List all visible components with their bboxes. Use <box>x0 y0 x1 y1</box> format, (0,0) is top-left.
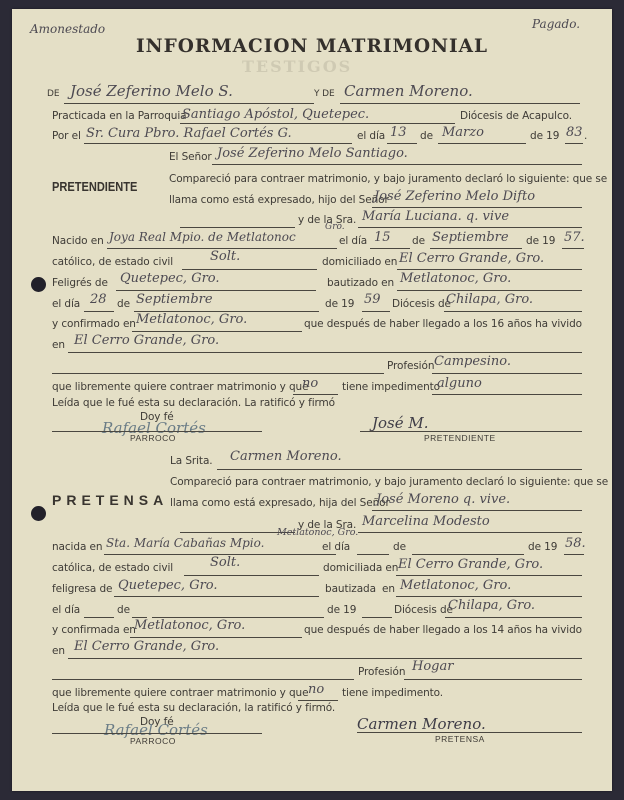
bride-name: Carmen Moreno. <box>344 82 473 100</box>
parroco-caption-2: PARROCO <box>130 736 176 746</box>
por-el-label: Por el <box>52 130 81 142</box>
leida-text-2: Leída que le fué esta su declaración, la… <box>52 702 335 714</box>
groom-profesion: Campesino. <box>434 354 511 369</box>
en-label: en <box>52 339 65 351</box>
groom-birthplace-note: Gro. <box>325 222 345 232</box>
groom-father: José Zeferino Melo Difto <box>374 189 535 204</box>
bap-de-label: de <box>117 298 130 310</box>
de-19-label: de 19 <box>528 541 557 553</box>
groom-impedimento: alguno <box>437 376 482 391</box>
groom-name: José Zeferino Melo S. <box>70 82 233 100</box>
day-value: 13 <box>390 125 407 140</box>
marriage-information-form: TESTIGOS Amonestado Pagado. INFORMACION … <box>12 9 612 791</box>
profesion-label: Profesión <box>387 360 434 372</box>
bride-mother: Marcelina Modesto <box>362 514 490 529</box>
el-senor-label: El Señor <box>169 151 212 163</box>
section-pretendiente: PRETENDIENTE <box>52 179 137 194</box>
bautizado-label: bautizado en <box>327 277 394 289</box>
bap-de-19-label-2: de 19 <box>327 604 356 616</box>
bautizada-label: bautizada <box>325 583 376 595</box>
libremente-text: que libremente quiere contraer matrimoni… <box>52 381 308 393</box>
parroquia-value: Santiago Apóstol, Quetepec. <box>182 107 369 122</box>
despues-text: que después de haber llegado a los 16 añ… <box>304 318 582 330</box>
comparecio-text-2: Compareció para contraer matrimonio, y b… <box>170 476 608 488</box>
groom-full-name: José Zeferino Melo Santiago. <box>217 146 408 161</box>
bride-birthplace-note: Metlatonoc, Gro. <box>277 527 358 538</box>
groom-birth-month: Septiembre <box>432 230 509 245</box>
libremente-text-2: que libremente quiere contraer matrimoni… <box>52 687 308 699</box>
nacida-label: nacida en <box>52 541 102 553</box>
bride-birth-year: 58. <box>565 536 586 551</box>
groom-domicilio: El Cerro Grande, Gro. <box>399 251 544 266</box>
de-19-label: de 19 <box>526 235 555 247</box>
page-title: INFORMACION MATRIMONIAL <box>12 36 612 57</box>
profesion-label-2: Profesión <box>358 666 405 678</box>
bride-confirmada: Metlatonoc, Gro. <box>134 618 245 633</box>
bride-father: José Moreno q. vive. <box>376 492 510 507</box>
domiciliada-label: domiciliada en <box>323 562 398 574</box>
year-period: . <box>584 130 587 142</box>
bride-domicilio: El Cerro Grande, Gro. <box>398 557 543 572</box>
estado-label: católico, de estado civil <box>52 256 173 268</box>
el-dia-label: el día <box>322 541 350 553</box>
note-pagado: Pagado. <box>532 17 580 31</box>
el-dia-label: el día <box>339 235 367 247</box>
groom-no: no <box>302 376 318 391</box>
binder-hole-bottom <box>31 506 46 521</box>
diocesis-label: Diócesis de <box>392 298 451 310</box>
feligres-label: Feligrés de <box>52 277 108 289</box>
confirmado-label: y confirmado en <box>52 318 136 330</box>
groom-vivido-en: El Cerro Grande, Gro. <box>74 333 219 348</box>
de-label: de <box>412 235 425 247</box>
bride-estado: Solt. <box>210 555 240 570</box>
de-label-2: de <box>420 130 433 142</box>
y-de-label: Y DE <box>314 89 335 99</box>
binder-hole-top <box>31 277 46 292</box>
groom-feligres: Quetepec, Gro. <box>120 271 220 286</box>
estado-label-2: católica, de estado civil <box>52 562 173 574</box>
groom-bap-day: 28 <box>90 292 107 307</box>
feligresa-label: feligresa de <box>52 583 112 595</box>
leida-text: Leída que le fué esta su declaración. La… <box>52 397 335 409</box>
bride-full-name: Carmen Moreno. <box>230 449 342 464</box>
groom-birthplace: Joya Real Mpio. de Metlatonoc <box>109 230 296 244</box>
groom-bap-year: 59 <box>364 292 381 307</box>
bap-dia-label: el día <box>52 298 80 310</box>
pretendiente-caption: PRETENDIENTE <box>424 433 496 443</box>
bap-de-label-2: de <box>117 604 130 616</box>
month-value: Marzo <box>442 125 484 140</box>
de-label: DE <box>47 89 59 99</box>
confirmada-label: y confirmada en <box>52 624 136 636</box>
el-dia-label: el día <box>357 130 385 142</box>
bleed-through-text: TESTIGOS <box>242 57 352 76</box>
bride-vivido-en: El Cerro Grande, Gro. <box>74 639 219 654</box>
hija-label: llama como está expresado, hija del Seño… <box>170 497 390 509</box>
bride-feligresa: Quetepec, Gro. <box>118 578 218 593</box>
bride-diocesis: Chilapa, Gro. <box>448 598 535 613</box>
despues-text-2: que después de haber llegado a los 14 añ… <box>304 624 582 636</box>
bap-dia-label-2: el día <box>52 604 80 616</box>
groom-birth-year: 57. <box>564 230 585 245</box>
srita-label: La Srita. <box>170 455 213 467</box>
bride-profesion: Hogar <box>412 659 453 674</box>
groom-birth-day: 15 <box>374 230 391 245</box>
en-label-b: en <box>382 583 395 595</box>
groom-confirmado: Metlatonoc, Gro. <box>136 312 247 327</box>
year-value: 83 <box>566 125 583 140</box>
parroquia-label: Practicada en la Parroquia <box>52 110 187 122</box>
pretensa-caption: PRETENSA <box>435 734 485 744</box>
groom-bap-month: Septiembre <box>136 292 213 307</box>
impedimento-label-2: tiene impedimento. <box>342 687 443 699</box>
impedimento-label: tiene impedimento <box>342 381 440 393</box>
groom-mother: María Luciana. q. vive <box>362 209 509 224</box>
hijo-label: llama como está expresado, hijo del Seño… <box>169 194 389 206</box>
signature-pretendiente: José M. <box>372 414 429 432</box>
section-pretensa: PRETENSA <box>52 492 168 508</box>
de-19-label: de 19 <box>530 130 559 142</box>
note-amonestado: Amonestado <box>30 22 105 36</box>
comparecio-text: Compareció para contraer matrimonio, y b… <box>169 173 607 185</box>
bride-bautizada: Metlatonoc, Gro. <box>400 578 511 593</box>
domicilio-label: domiciliado en <box>322 256 397 268</box>
diocesis-label-2: Diócesis de <box>394 604 453 616</box>
bride-no: no <box>308 682 324 697</box>
bap-de-19-label: de 19 <box>325 298 354 310</box>
officiant-value: Sr. Cura Pbro. Rafael Cortés G. <box>86 126 292 141</box>
groom-estado: Solt. <box>210 249 240 264</box>
de-label: de <box>393 541 406 553</box>
groom-diocesis: Chilapa, Gro. <box>446 292 533 307</box>
nacido-label: Nacido en <box>52 235 104 247</box>
diocesis-acapulco-label: Diócesis de Acapulco. <box>460 110 572 122</box>
groom-bautizado: Metlatonoc, Gro. <box>400 271 511 286</box>
en-label-2: en <box>52 645 65 657</box>
parroco-caption: PARROCO <box>130 433 176 443</box>
signature-pretensa: Carmen Moreno. <box>357 715 486 733</box>
bride-birthplace: Sta. María Cabañas Mpio. <box>106 536 264 550</box>
